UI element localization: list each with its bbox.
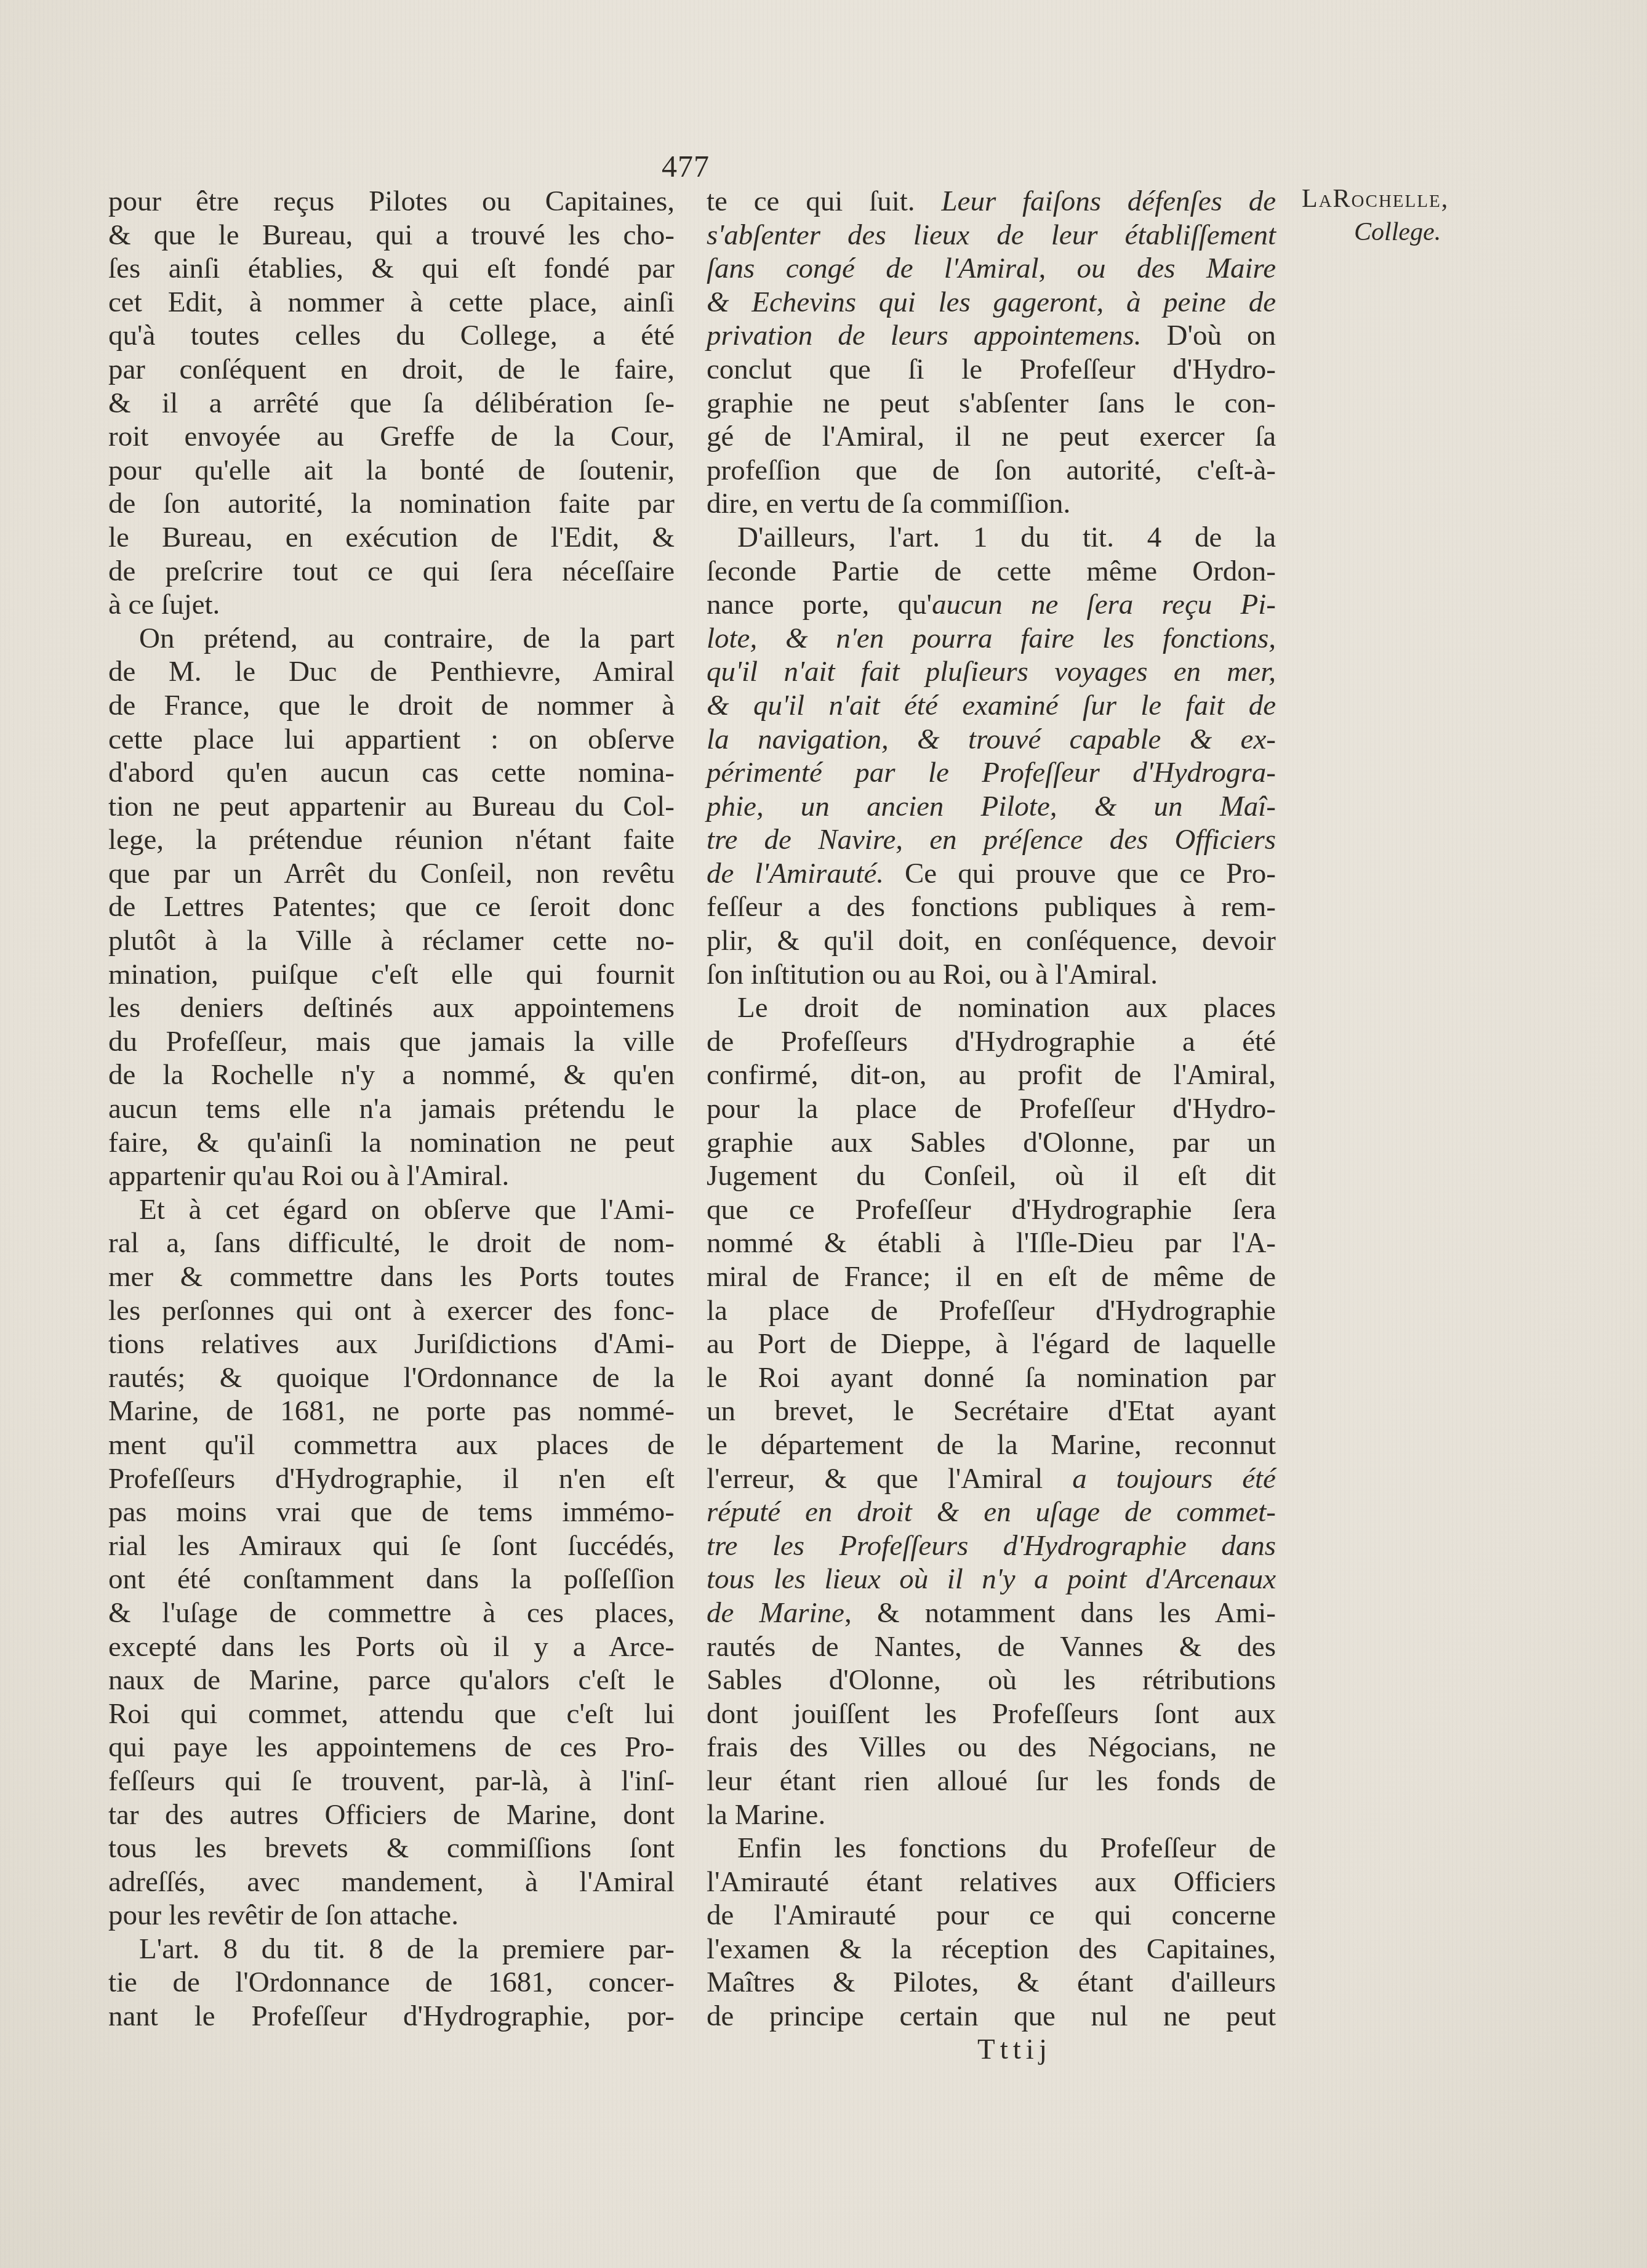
text-line: mination, puiſque c'eſt elle qui fournit xyxy=(108,958,675,992)
text-line: rautés; & quoique l'Ordonnance de la xyxy=(108,1361,675,1395)
text-line: tous les lieux où il n'y a point d'Arcen… xyxy=(707,1562,1276,1596)
italic-quote: tre de Navire, en préſence des Officiers xyxy=(707,824,1276,856)
text-line: & l'uſage de commettre à ces places, xyxy=(108,1596,675,1630)
text-line: frais des Villes ou des Négocians, ne xyxy=(707,1731,1276,1764)
text-line: d'abord qu'en aucun cas cette nomina- xyxy=(108,756,675,790)
text-line: & il a arrêté que ſa délibération ſe- xyxy=(108,387,675,420)
text-line: ont été conſtamment dans la poſſeſſion xyxy=(108,1562,675,1596)
italic-quote: privation de leurs appointemens. xyxy=(707,320,1142,352)
text-line: Sables d'Olonne, où les rétributions xyxy=(707,1663,1276,1697)
italic-quote: & qu'il n'ait été examiné ſur le fait de xyxy=(707,690,1276,722)
text-run: dire, en vertu de ſa commiſſion. xyxy=(707,488,1070,520)
text-run: le département de la Marine, reconnut xyxy=(707,1429,1276,1461)
text-line: l'erreur, & que l'Amiral a toujours été xyxy=(707,1462,1276,1496)
italic-quote: Leur faiſons défenſes de xyxy=(941,185,1276,217)
text-run: feſſeur a des fonctions publiques à rem- xyxy=(707,891,1276,923)
text-line: la Marine. xyxy=(707,1798,1276,1832)
right-column: te ce qui ſuit. Leur faiſons défenſes de… xyxy=(707,185,1276,2033)
italic-quote: a toujours été xyxy=(1072,1463,1276,1495)
text-line: te ce qui ſuit. Leur faiſons défenſes de xyxy=(707,185,1276,219)
italic-quote: réputé en droit & en uſage de commet- xyxy=(707,1496,1276,1528)
text-line: rautés de Nantes, de Vannes & des xyxy=(707,1630,1276,1664)
text-run: que ce Profeſſeur d'Hydrographie ſera xyxy=(707,1194,1276,1226)
text-line: nommé & établi à l'Iſle-Dieu par l'A- xyxy=(707,1226,1276,1260)
text-line: l'Amirauté étant relatives aux Officiers xyxy=(707,1865,1276,1899)
text-line: ſeconde Partie de cette même Ordon- xyxy=(707,555,1276,589)
text-run: ſon inſtitution ou au Roi, ou à l'Amiral… xyxy=(707,959,1158,991)
text-line: Roi qui commet, attendu que c'eſt lui xyxy=(108,1697,675,1731)
text-run: un brevet, le Secrétaire d'Etat ayant xyxy=(707,1395,1276,1427)
text-line: cet Edit, à nommer à cette place, ainſi xyxy=(108,286,675,320)
text-line: phie, un ancien Pilote, & un Maî- xyxy=(707,790,1276,824)
text-run: Sables d'Olonne, où les rétributions xyxy=(707,1664,1276,1696)
text-line: rial les Amiraux qui ſe ſont ſuccédés, xyxy=(108,1529,675,1563)
text-line: roit envoyée au Greffe de la Cour, xyxy=(108,420,675,454)
text-line: les deniers deſtinés aux appointemens xyxy=(108,991,675,1025)
text-run: le Roi ayant donné ſa nomination par xyxy=(707,1362,1276,1394)
italic-quote: tre les Profeſſeurs d'Hydrographie dans xyxy=(707,1530,1276,1562)
text-run: de l'Amirauté pour ce qui concerne xyxy=(707,1899,1276,1931)
italic-quote: de Marine xyxy=(707,1597,844,1629)
text-run: l'erreur, & que l'Amiral xyxy=(707,1463,1072,1495)
text-line: qu'à toutes celles du College, a été xyxy=(108,319,675,353)
text-line: de principe certain que nul ne peut xyxy=(707,2000,1276,2033)
text-run: D'où on xyxy=(1142,320,1276,352)
text-line: de Lettres Patentes; que ce ſeroit donc xyxy=(108,890,675,924)
text-run: profeſſion que de ſon autorité, c'eſt-à- xyxy=(707,454,1276,486)
text-line: ral a, ſans difficulté, le droit de nom- xyxy=(108,1226,675,1260)
text-run: Le droit de nomination aux places xyxy=(737,992,1276,1024)
text-run: la Marine. xyxy=(707,1799,825,1831)
text-line: à ce ſujet. xyxy=(108,588,675,622)
text-run: nance porte, qu' xyxy=(707,589,932,621)
italic-quote: aucun ne ſera reçu Pi- xyxy=(932,589,1276,621)
text-line: graphie ne peut s'abſenter ſans le con- xyxy=(707,387,1276,420)
text-line: dont jouiſſent les Profeſſeurs ſont aux xyxy=(707,1697,1276,1731)
text-line: ſon inſtitution ou au Roi, ou à l'Amiral… xyxy=(707,958,1276,992)
text-line: naux de Marine, parce qu'alors c'eſt le xyxy=(108,1663,675,1697)
text-line: Marine, de 1681, ne porte pas nommé- xyxy=(108,1394,675,1428)
text-line: nance porte, qu'aucun ne ſera reçu Pi- xyxy=(707,588,1276,622)
text-line: par conſéquent en droit, de le faire, xyxy=(108,353,675,387)
text-line: profeſſion que de ſon autorité, c'eſt-à- xyxy=(707,454,1276,488)
text-line: de preſcrire tout ce qui ſera néceſſaire xyxy=(108,555,675,589)
text-line: qu'il n'ait fait pluſieurs voyages en me… xyxy=(707,655,1276,689)
text-run: frais des Villes ou des Négocians, ne xyxy=(707,1731,1276,1763)
text-line: graphie aux Sables d'Olonne, par un xyxy=(707,1126,1276,1160)
text-line: lote, & n'en pourra faire les fonctions, xyxy=(707,622,1276,656)
text-line: Et à cet égard on obſerve que l'Ami- xyxy=(108,1193,675,1227)
text-run: de Profeſſeurs d'Hydrographie a été xyxy=(707,1026,1276,1058)
text-line: que ce Profeſſeur d'Hydrographie ſera xyxy=(707,1193,1276,1227)
text-line: Le droit de nomination aux places xyxy=(707,991,1276,1025)
text-run: te ce qui ſuit. xyxy=(707,185,941,217)
text-line: On prétend, au contraire, de la part xyxy=(108,622,675,656)
text-line: appartenir qu'au Roi ou à l'Amiral. xyxy=(108,1159,675,1193)
text-line: de la Rochelle n'y a nommé, & qu'en xyxy=(108,1058,675,1092)
text-line: le Roi ayant donné ſa nomination par xyxy=(707,1361,1276,1395)
text-line: de Marine, & notamment dans les Ami- xyxy=(707,1596,1276,1630)
text-line: pas moins vrai que de tems immémo- xyxy=(108,1495,675,1529)
text-run: Jugement du Conſeil, où il eſt dit xyxy=(707,1160,1276,1192)
text-run: , & notamment dans les Ami- xyxy=(844,1597,1276,1629)
text-run: ſeconde Partie de cette même Ordon- xyxy=(707,555,1276,587)
italic-quote: lote, & n'en pourra faire les fonctions, xyxy=(707,622,1276,654)
text-line: que par un Arrêt du Conſeil, non revêtu xyxy=(108,857,675,891)
text-line: réputé en droit & en uſage de commet- xyxy=(707,1495,1276,1529)
text-line: ſes ainſi établies, & qui eſt fondé par xyxy=(108,252,675,286)
text-run: graphie aux Sables d'Olonne, par un xyxy=(707,1127,1276,1159)
text-line: tar des autres Officiers de Marine, dont xyxy=(108,1798,675,1832)
text-line: Profeſſeurs d'Hydrographie, il n'en eſt xyxy=(108,1462,675,1496)
text-line: mer & commettre dans les Ports toutes xyxy=(108,1260,675,1294)
text-line: D'ailleurs, l'art. 1 du tit. 4 de la xyxy=(707,521,1276,555)
text-line: de France, que le droit de nommer à xyxy=(108,689,675,723)
text-run: Ce qui prouve que ce Pro- xyxy=(884,858,1276,890)
text-line: plutôt à la Ville à réclamer cette no- xyxy=(108,924,675,958)
text-run: plir, & qu'il doit, en conſéquence, devo… xyxy=(707,925,1276,957)
text-line: feſſeur a des fonctions publiques à rem- xyxy=(707,890,1276,924)
italic-quote: tous les lieux où il n'y a point d'Arcen… xyxy=(707,1563,1276,1595)
book-page: 477 pour être reçus Pilotes ou Capitaine… xyxy=(0,0,1647,2268)
text-line: périmenté par le Profeſſeur d'Hydrogra- xyxy=(707,756,1276,790)
text-run: l'examen & la réception des Capitaines, xyxy=(707,1933,1276,1965)
text-line: de ſon autorité, la nomination faite par xyxy=(108,487,675,521)
text-line: pour la place de Profeſſeur d'Hydro- xyxy=(707,1092,1276,1126)
text-line: ment qu'il commettra aux places de xyxy=(108,1428,675,1462)
text-line: ſans congé de l'Amiral, ou des Maire xyxy=(707,252,1276,286)
italic-quote: la navigation, & trouvé capable & ex- xyxy=(707,723,1276,755)
text-run: miral de France; il en eſt de même de xyxy=(707,1261,1276,1293)
text-run: pour la place de Profeſſeur d'Hydro- xyxy=(707,1093,1276,1125)
italic-quote: & Echevins qui les gageront, à peine de xyxy=(707,286,1276,318)
text-line: la place de Profeſſeur d'Hydrographie xyxy=(707,1294,1276,1328)
text-line: nant le Profeſſeur d'Hydrographie, por- xyxy=(108,2000,675,2033)
margin-note-subject: College. xyxy=(1302,215,1499,249)
text-line: confirmé, dit-on, au profit de l'Amiral, xyxy=(707,1058,1276,1092)
text-line: Maîtres & Pilotes, & étant d'ailleurs xyxy=(707,1966,1276,2000)
left-column: pour être reçus Pilotes ou Capitaines,& … xyxy=(108,185,675,2033)
italic-quote: de l'Amirauté. xyxy=(707,858,884,890)
text-line: leur étant rien alloué ſur les fonds de xyxy=(707,1764,1276,1798)
text-line: pour être reçus Pilotes ou Capitaines, xyxy=(108,185,675,219)
text-line: tion ne peut appartenir au Bureau du Col… xyxy=(108,790,675,824)
italic-quote: phie, un ancien Pilote, & un Maî- xyxy=(707,790,1276,822)
text-line: tre les Profeſſeurs d'Hydrographie dans xyxy=(707,1529,1276,1563)
text-line: & Echevins qui les gageront, à peine de xyxy=(707,286,1276,320)
text-line: lege, la prétendue réunion n'étant faite xyxy=(108,823,675,857)
text-run: l'Amirauté étant relatives aux Officiers xyxy=(707,1866,1276,1898)
text-line: qui paye les appointemens de ces Pro- xyxy=(108,1731,675,1764)
text-line: la navigation, & trouvé capable & ex- xyxy=(707,723,1276,757)
text-line: privation de leurs appointemens. D'où on xyxy=(707,319,1276,353)
text-line: L'art. 8 du tit. 8 de la premiere par- xyxy=(108,1932,675,1966)
text-run: de principe certain que nul ne peut xyxy=(707,2000,1276,2032)
margin-note-place: LaRochelle, xyxy=(1302,182,1499,215)
text-line: & qu'il n'ait été examiné ſur le fait de xyxy=(707,689,1276,723)
text-run: dont jouiſſent les Profeſſeurs ſont aux xyxy=(707,1698,1276,1730)
text-line: de l'Amirauté pour ce qui concerne xyxy=(707,1899,1276,1932)
text-line: pour les revêtir de ſon attache. xyxy=(108,1899,675,1932)
text-run: la place de Profeſſeur d'Hydrographie xyxy=(707,1295,1276,1327)
italic-quote: ſans congé de l'Amiral, ou des Maire xyxy=(707,252,1276,284)
text-line: un brevet, le Secrétaire d'Etat ayant xyxy=(707,1394,1276,1428)
text-line: de l'Amirauté. Ce qui prouve que ce Pro- xyxy=(707,857,1276,891)
text-run: graphie ne peut s'abſenter ſans le con- xyxy=(707,387,1276,419)
text-line: faire, & qu'ainſi la nomination ne peut xyxy=(108,1126,675,1160)
text-line: aucun tems elle n'a jamais prétendu le xyxy=(108,1092,675,1126)
text-run: gé de l'Amiral, il ne peut exercer ſa xyxy=(707,420,1276,452)
text-line: pour qu'elle ait la bonté de ſoutenir, xyxy=(108,454,675,488)
text-run: nommé & établi à l'Iſle-Dieu par l'A- xyxy=(707,1227,1276,1259)
text-run: D'ailleurs, l'art. 1 du tit. 4 de la xyxy=(737,521,1276,553)
text-line: s'abſenter des lieux de leur établiſſeme… xyxy=(707,219,1276,252)
text-run: confirmé, dit-on, au profit de l'Amiral, xyxy=(707,1059,1276,1091)
text-run: Maîtres & Pilotes, & étant d'ailleurs xyxy=(707,1966,1276,1998)
text-line: miral de France; il en eſt de même de xyxy=(707,1260,1276,1294)
text-line: feſſeurs qui ſe trouvent, par-là, à l'in… xyxy=(108,1764,675,1798)
signature-mark: Tttij xyxy=(977,2033,1052,2066)
margin-note: LaRochelle, College. xyxy=(1302,182,1499,249)
italic-quote: s'abſenter des lieux de leur établiſſeme… xyxy=(707,219,1276,251)
text-line: tous les brevets & commiſſions ſont xyxy=(108,1832,675,1865)
text-line: de M. le Duc de Penthievre, Amiral xyxy=(108,655,675,689)
text-run: leur étant rien alloué ſur les fonds de xyxy=(707,1765,1276,1797)
text-line: plir, & qu'il doit, en conſéquence, devo… xyxy=(707,924,1276,958)
text-line: & que le Bureau, qui a trouvé les cho- xyxy=(108,219,675,252)
text-line: tre de Navire, en préſence des Officiers xyxy=(707,823,1276,857)
text-line: au Port de Dieppe, à l'égard de laquelle xyxy=(707,1327,1276,1361)
italic-quote: périmenté par le Profeſſeur d'Hydrogra- xyxy=(707,757,1276,789)
text-line: tions relatives aux Juriſdictions d'Ami- xyxy=(108,1327,675,1361)
text-line: du Profeſſeur, mais que jamais la ville xyxy=(108,1025,675,1059)
page-number: 477 xyxy=(662,151,710,182)
text-line: adreſſés, avec mandement, à l'Amiral xyxy=(108,1865,675,1899)
text-line: les perſonnes qui ont à exercer des fonc… xyxy=(108,1294,675,1328)
text-line: cette place lui appartient : on obſerve xyxy=(108,723,675,757)
text-line: gé de l'Amiral, il ne peut exercer ſa xyxy=(707,420,1276,454)
text-line: l'examen & la réception des Capitaines, xyxy=(707,1932,1276,1966)
italic-quote: qu'il n'ait fait pluſieurs voyages en me… xyxy=(707,656,1276,688)
text-line: le Bureau, en exécution de l'Edit, & xyxy=(108,521,675,555)
text-line: Enfin les fonctions du Profeſſeur de xyxy=(707,1832,1276,1865)
text-line: tie de l'Ordonnance de 1681, concer- xyxy=(108,1966,675,2000)
text-line: conclut que ſi le Profeſſeur d'Hydro- xyxy=(707,353,1276,387)
text-line: dire, en vertu de ſa commiſſion. xyxy=(707,487,1276,521)
text-run: Enfin les fonctions du Profeſſeur de xyxy=(737,1832,1276,1864)
text-line: excepté dans les Ports où il y a Arce- xyxy=(108,1630,675,1664)
text-line: de Profeſſeurs d'Hydrographie a été xyxy=(707,1025,1276,1059)
text-run: rautés de Nantes, de Vannes & des xyxy=(707,1631,1276,1663)
text-line: Jugement du Conſeil, où il eſt dit xyxy=(707,1159,1276,1193)
text-line: le département de la Marine, reconnut xyxy=(707,1428,1276,1462)
text-run: conclut que ſi le Profeſſeur d'Hydro- xyxy=(707,353,1276,385)
text-run: au Port de Dieppe, à l'égard de laquelle xyxy=(707,1328,1276,1360)
